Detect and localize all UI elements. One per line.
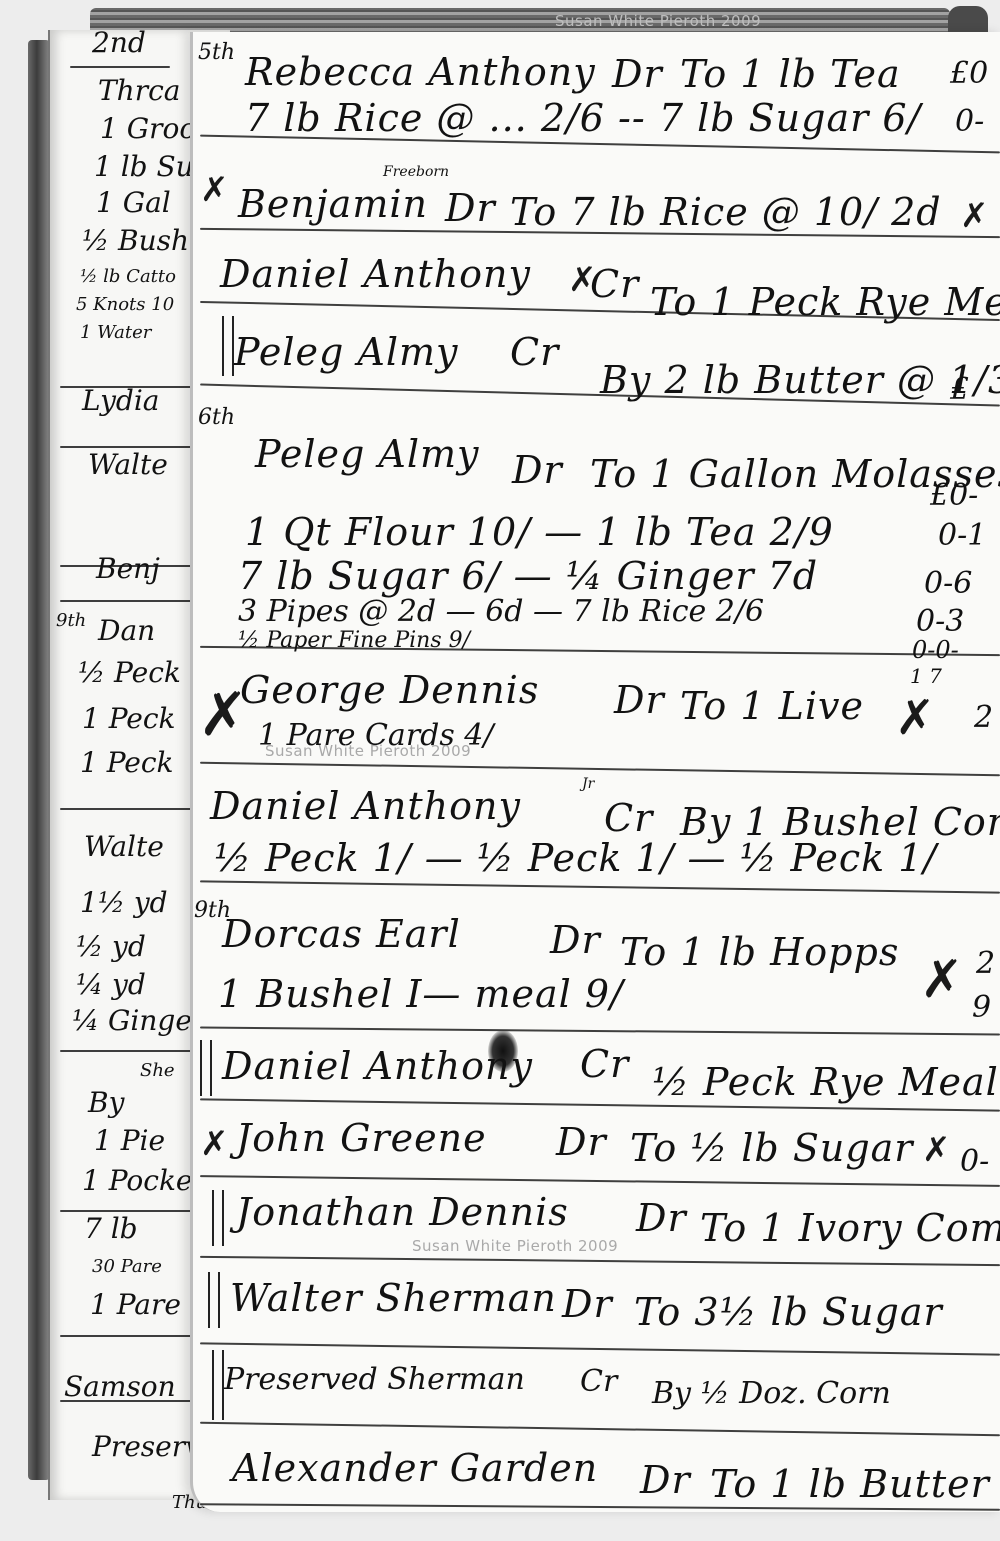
entry-line: By 2 lb Butter @ 1/3 xyxy=(600,358,1000,402)
account-name: Peleg Almy xyxy=(255,432,480,476)
amount: 0-0- xyxy=(912,636,959,664)
back-line: 1 Pie xyxy=(94,1124,165,1157)
account-name: Dorcas Earl xyxy=(222,912,461,956)
entry-type: Cr xyxy=(604,796,653,840)
entry-type: Cr xyxy=(590,262,639,306)
back-line: 1 Groo xyxy=(100,112,196,145)
scanned-ledger-photo: 2nd Thrca 1 Groo 1 lb Sug 1 Gal ½ Bush ½… xyxy=(0,0,1000,1541)
cross-mark: ✗ xyxy=(200,170,229,210)
entry-type: Dr xyxy=(612,52,663,96)
entry-type: Dr xyxy=(636,1196,687,1240)
entry-line: To 7 lb Rice @ 10/ 2d xyxy=(510,190,942,234)
account-name: John Greene xyxy=(236,1116,487,1160)
entry-line: ½ Peck 1/ — ½ Peck 1/ — ½ Peck 1/ xyxy=(214,836,937,880)
copyright-watermark: Susan White Pieroth 2009 xyxy=(412,1237,618,1255)
back-line: ¼ yd xyxy=(76,968,146,1001)
account-name: Rebecca Anthony xyxy=(245,50,596,94)
account-name: Daniel Anthony xyxy=(220,252,531,296)
double-bar-mark xyxy=(212,1350,224,1420)
entry-line: 7 lb Sugar 6/ — ¼ Ginger 7d xyxy=(238,554,818,598)
back-date-header: 2nd xyxy=(92,26,146,59)
double-bar-mark xyxy=(208,1272,220,1328)
copyright-watermark: Susan White Pieroth 2009 xyxy=(265,742,471,760)
entry-line: To 1 Peck Rye Meal xyxy=(650,280,1000,324)
entry-type: Cr xyxy=(580,1364,617,1399)
amount: £0 xyxy=(950,56,988,91)
entry-line: ½ Peck Rye Meal xyxy=(652,1060,999,1104)
entry-type: Dr xyxy=(556,1120,607,1164)
back-line: Walte xyxy=(88,448,168,481)
amount: £ xyxy=(950,372,969,407)
back-line: By xyxy=(88,1086,124,1119)
back-line: Lydia xyxy=(82,384,160,417)
back-line: 30 Pare xyxy=(92,1256,162,1277)
superscript-name: Freeborn xyxy=(383,164,449,180)
account-name: Daniel Anthony xyxy=(222,1044,533,1088)
account-name: Alexander Garden xyxy=(232,1446,598,1490)
back-line: 1 Peck xyxy=(82,702,176,735)
account-name: Daniel Anthony xyxy=(210,784,521,828)
back-line: ½ lb Catto xyxy=(80,266,176,287)
entry-line: To 3½ lb Sugar xyxy=(634,1290,943,1334)
cross-mark: ✗ xyxy=(200,1124,229,1164)
entry-line: 1 Qt Flour 10/ — 1 lb Tea 2/9 xyxy=(245,510,834,554)
amount: 0-6 xyxy=(924,566,972,601)
back-line: She xyxy=(140,1060,175,1081)
entry-line: 7 lb Rice @ ... 2/6 -- 7 lb Sugar 6/ xyxy=(245,96,921,140)
account-name: Benjamin xyxy=(238,182,428,226)
ruled-line xyxy=(70,66,170,68)
back-line: 1 Peck xyxy=(80,746,174,779)
entry-type: Dr xyxy=(550,918,601,962)
entry-line: To 1 lb Hopps xyxy=(620,930,899,974)
entry-line: To 1 Live xyxy=(680,684,864,728)
date-marker: 6th xyxy=(198,405,235,430)
back-line: 5 Knots 10 xyxy=(76,294,174,315)
amount: 0- xyxy=(955,104,984,139)
double-bar-mark xyxy=(222,316,234,376)
back-line: 1 Water xyxy=(80,322,151,343)
back-line: Dan xyxy=(98,614,155,647)
back-line: 7 lb xyxy=(84,1212,138,1245)
entry-line: By ½ Doz. Corn xyxy=(652,1376,891,1411)
amount: 2 xyxy=(974,700,993,735)
entry-line: To 1 lb Tea xyxy=(680,52,901,96)
back-line: 1 Pare xyxy=(90,1288,181,1321)
date-marker: 5th xyxy=(198,40,235,65)
amount: 2 xyxy=(976,946,995,981)
superscript-name: Jr xyxy=(582,776,594,792)
cross-mark: ✗ xyxy=(960,196,989,236)
ruled-line xyxy=(60,808,210,810)
cross-mark: ✗ xyxy=(920,950,964,1010)
amount: 9 xyxy=(972,990,991,1025)
book-spine xyxy=(28,40,50,1480)
entry-type: Dr xyxy=(614,678,665,722)
back-line: ½ Bush xyxy=(82,224,189,257)
back-line: Samson xyxy=(64,1370,176,1403)
back-line: 1 Gal xyxy=(96,186,171,219)
entry-type: Dr xyxy=(562,1282,613,1326)
back-line: 1½ yd xyxy=(80,886,168,919)
account-name: George Dennis xyxy=(240,668,539,712)
amount: 0-3 xyxy=(916,604,964,639)
account-name: Preserved Sherman xyxy=(224,1362,525,1397)
entry-type: Cr xyxy=(510,330,559,374)
ruled-line xyxy=(60,1335,210,1337)
entry-type: Dr xyxy=(512,448,563,492)
entry-line: 1 Bushel I— meal 9/ xyxy=(218,972,624,1016)
back-line: 9th xyxy=(56,610,86,631)
ruled-line xyxy=(60,1050,210,1052)
back-line: ½ Peck xyxy=(78,656,181,689)
amount: 0- xyxy=(960,1144,989,1179)
cross-mark: ✗ xyxy=(922,1130,951,1170)
entry-type: Dr xyxy=(445,186,496,230)
ruled-line xyxy=(60,600,210,602)
entry-line: ½ Paper Fine Pins 9/ xyxy=(238,628,470,653)
back-line: ½ yd xyxy=(76,930,146,963)
double-bar-mark xyxy=(212,1190,224,1246)
cross-mark: ✗ xyxy=(895,690,935,746)
entry-line: To 1 lb Butter xyxy=(710,1462,990,1506)
amount: 0-1 xyxy=(938,518,986,553)
account-name: Walter Sherman xyxy=(230,1276,557,1320)
account-name: Peleg Almy xyxy=(234,330,459,374)
amount: 1 7 xyxy=(910,664,942,688)
back-line: Walte xyxy=(84,830,164,863)
copyright-watermark: Susan White Pieroth 2009 xyxy=(555,12,761,30)
entry-line: To ½ lb Sugar xyxy=(630,1126,913,1170)
double-bar-mark xyxy=(200,1040,212,1096)
back-line: Thrca xyxy=(98,74,180,107)
amount: £0- xyxy=(930,478,978,513)
entry-line: 3 Pipes @ 2d — 6d — 7 lb Rice 2/6 xyxy=(238,594,764,629)
entry-line: To 1 Ivory Comb xyxy=(700,1206,1000,1250)
back-line: Benj xyxy=(96,552,160,585)
account-name: Jonathan Dennis xyxy=(236,1190,569,1234)
entry-type: Dr xyxy=(640,1458,691,1502)
back-line: ¼ Ginge xyxy=(72,1004,192,1037)
back-line: 1 Pocke xyxy=(82,1164,193,1197)
entry-type: Cr xyxy=(580,1042,629,1086)
